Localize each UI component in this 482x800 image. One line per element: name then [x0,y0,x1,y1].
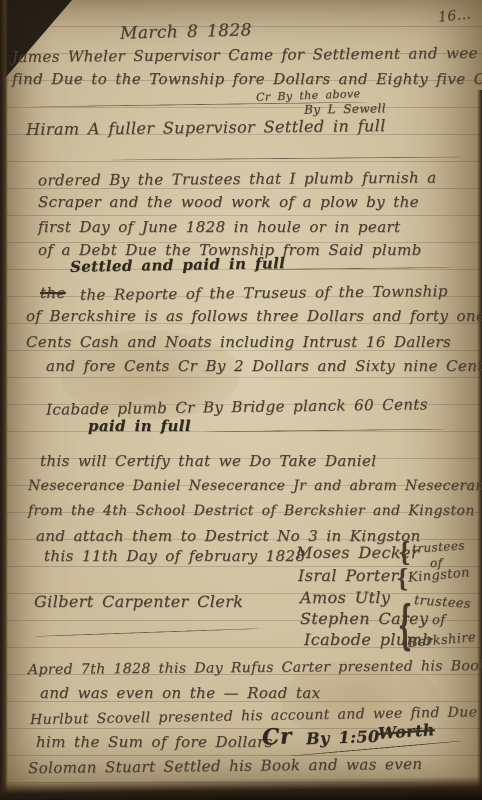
report-line-1: the Reporte of the Truseus of the Townsh… [80,282,448,304]
april-line-2: and was even on the — Road tax [40,684,321,702]
ink-rule [34,628,259,637]
entry-date-heading: March 8 1828 [120,20,252,43]
kingston-label-place: Kingston [407,565,470,585]
certify-line-3: from the 4th School Destrict of Berckshi… [28,503,475,519]
wheeler-line-2: find Due to the Township fore Dollars an… [12,70,482,88]
page-number: 16... [437,6,472,25]
signature-amos-utly: Amos Utly [300,588,390,607]
brace-glyph: { [396,564,409,593]
certify-line-2: Nesecerance Daniel Nesecerance Jr and ab… [28,478,482,494]
report-line-2: of Berckshire is as follows three Dollar… [26,307,482,325]
certify-line-5: this 11th Day of february 1828 [44,547,305,565]
certify-line-1: this will Certify that we Do Take Daniel [40,452,376,470]
scovell-struck-word: Worth [377,720,435,743]
page-edge-bottom [0,776,482,800]
book-binding-edge [0,0,8,800]
stuart-line: Soloman Stuart Settled his Book and was … [28,755,423,777]
fuller-line: Hiram A fuller Supervisor Settled in ful… [26,116,386,139]
plumb-order-line-2: Scraper and the wood work of a plow by t… [38,193,419,211]
kingston-label-trustees: trustees [412,538,466,556]
clerk-line: Gilbert Carpenter Clerk [34,592,243,611]
plumb-credit-paid-note: paid in full [88,417,191,435]
scovell-cr-mark: Cr [261,723,292,751]
ink-rule [205,429,445,433]
wheeler-line-1: James Wheler Supervisor Came for Settlem… [12,44,478,66]
plumb-order-line-3: first Day of June 1828 in houle or in pe… [38,218,401,236]
page-edge-right [477,90,482,800]
report-line-3: Cents Cash and Noats including Intrust 1… [26,333,451,351]
signature-isral-porter: Isral Porter [298,566,399,585]
ink-rule [110,156,462,160]
scovell-amount: By 1:50 [306,727,380,749]
report-struck-word: the [40,284,66,302]
berkshire-label-of: of [432,613,445,628]
ledger-page: 16... March 8 1828 James Wheler Supervis… [0,0,482,800]
wheeler-signed-note: By L Sewell [304,101,386,116]
scovell-line-2: him the Sum of fore Dollars [36,733,273,751]
plumb-order-line-1: ordered By the Trustees that I plumb fur… [38,169,437,190]
report-line-4: and fore Cents Cr By 2 Dollars and Sixty… [46,357,482,375]
plumb-order-settled-note: Settled and paid in full [70,254,286,276]
